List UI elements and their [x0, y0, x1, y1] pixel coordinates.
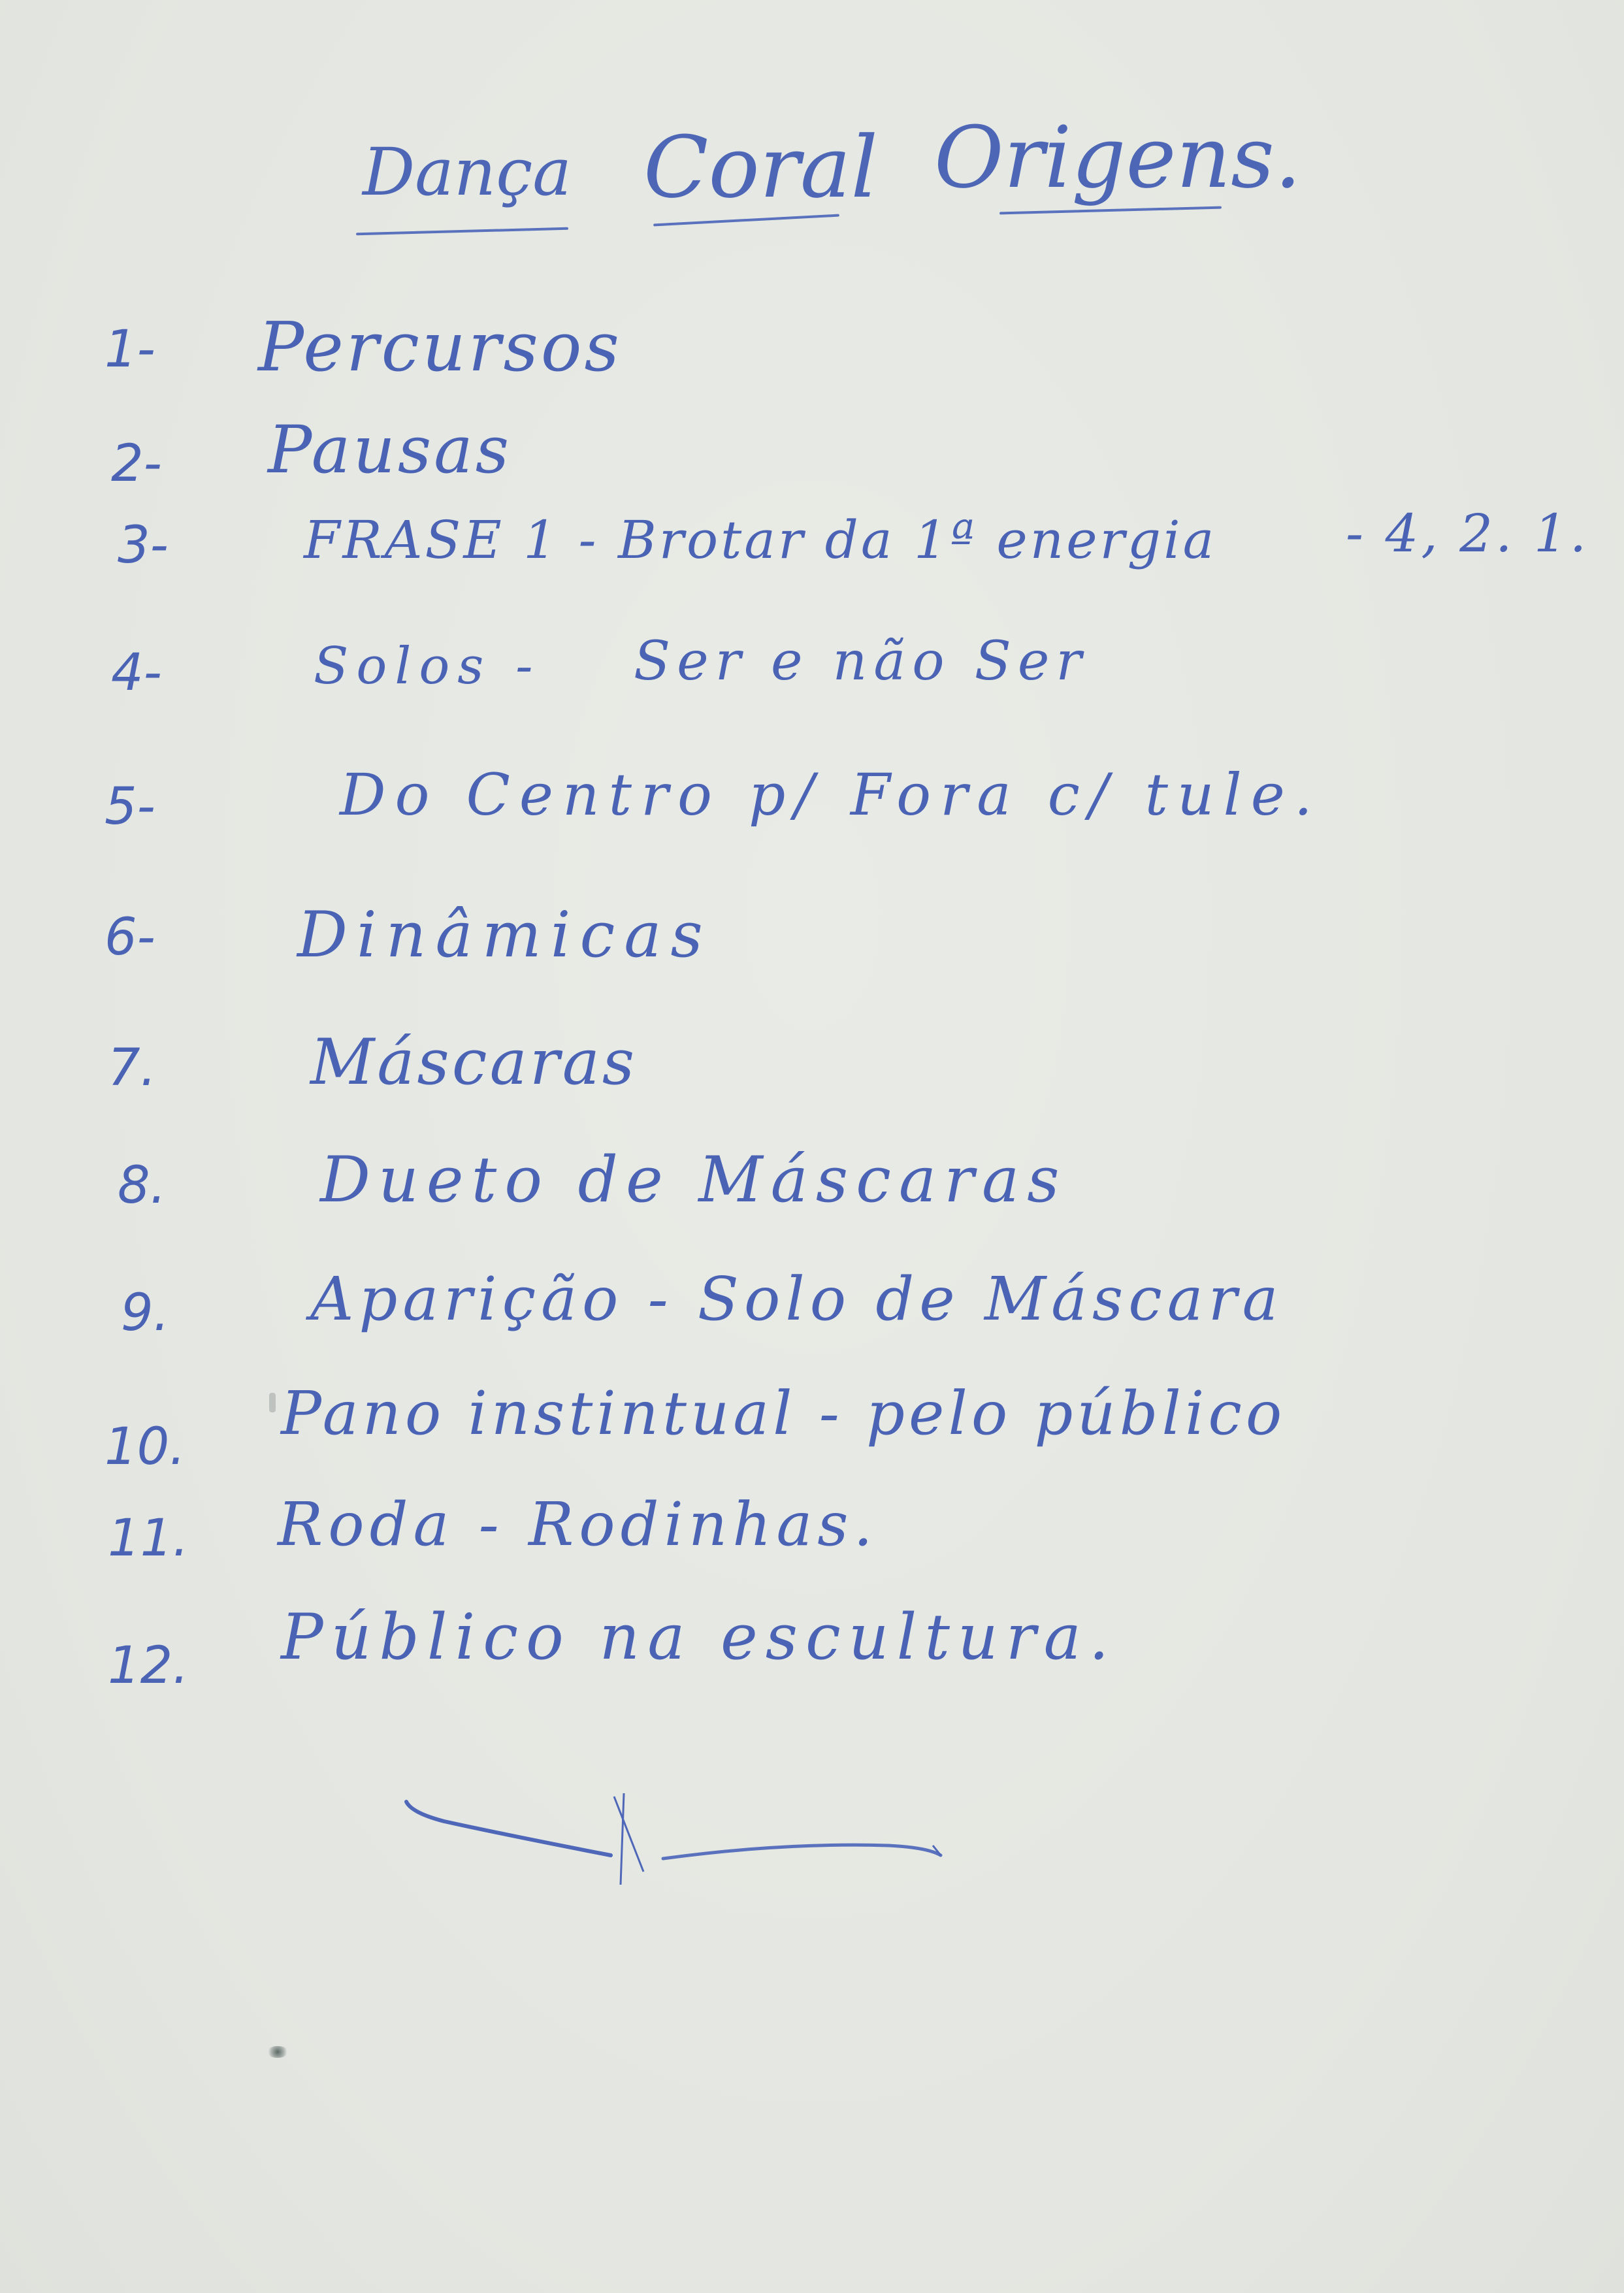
item-text: Roda - Rodinhas. — [278, 1489, 878, 1559]
item-text: Dinâmicas — [297, 898, 712, 971]
item-text: Pausas — [268, 412, 512, 488]
title-word-danca: Dança — [363, 134, 572, 210]
title-word-coral: Coral — [643, 118, 878, 217]
item-subtext: Ser e não Ser — [634, 630, 1088, 692]
item-text: Percursos — [258, 307, 622, 387]
item-subtext: - 4, 2. 1. — [1346, 503, 1589, 564]
item-text: FRASE 1 - Brotar da 1ª energia — [304, 510, 1216, 570]
item-text: Dueto de Máscaras — [320, 1143, 1067, 1216]
item-number: 6- — [105, 908, 155, 967]
ink-smudge — [267, 2046, 289, 2058]
item-text: Pano instintual - pelo público — [281, 1378, 1286, 1448]
item-text: Aparição - Solo de Máscara — [310, 1264, 1283, 1334]
item-text: Solos - — [314, 637, 540, 696]
end-mark-icon — [392, 1764, 1045, 1895]
ink-smudge — [269, 1393, 276, 1412]
item-number: 4- — [111, 643, 162, 702]
item-number: 8. — [118, 1156, 166, 1215]
item-number: 7. — [108, 1039, 156, 1098]
item-number: 3- — [118, 516, 169, 575]
item-text: Público na escultura. — [281, 1601, 1116, 1674]
item-text: Do Centro p/ Fora c/ tule. — [340, 761, 1322, 828]
item-text: Máscaras — [310, 1026, 637, 1099]
item-number: 10. — [105, 1418, 186, 1476]
item-number: 5- — [105, 777, 155, 836]
item-number: 9. — [121, 1284, 169, 1342]
item-number: 1- — [105, 320, 155, 379]
item-number: 12. — [108, 1636, 189, 1695]
item-number: 2- — [111, 434, 162, 493]
title-word-origens: Origens. — [934, 108, 1301, 207]
item-number: 11. — [108, 1509, 189, 1568]
